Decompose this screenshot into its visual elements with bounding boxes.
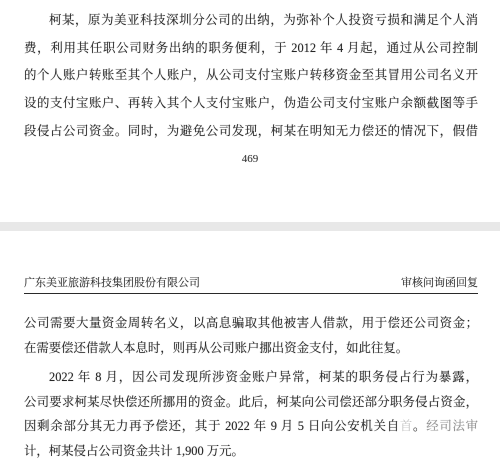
page2-paragraph-2: 2022 年 8 月，因公司发现所涉资金账户异常，柯某的职务侵占行为暴露， 公司… — [24, 365, 478, 463]
body-line: 公司需要大量资金周转名义，以高息骗取其他被害人借款，用于偿还公司资金； — [24, 311, 478, 336]
body-line: 柯某，原为美亚科技深圳分公司的出纳，为弥补个人投资亏损和满足个人消 — [24, 7, 478, 35]
body-text-segment: 。 — [413, 419, 426, 433]
document-scan-page: 柯某，原为美亚科技深圳分公司的出纳，为弥补个人投资亏损和满足个人消 费，利用其任… — [0, 0, 500, 467]
faded-scan-text: 首 — [400, 419, 413, 433]
body-line: 的个人账户转账至其个人账户，从公司支付宝账户转移资金至其冒用公司名义开 — [24, 62, 478, 90]
body-line: 公司要求柯某尽快偿还所挪用的资金。此后，柯某向公司偿还部分职务侵占资金， — [24, 390, 478, 415]
page2-paragraph-1: 公司需要大量资金周转名义，以高息骗取其他被害人借款，用于偿还公司资金； 在需要偿… — [24, 311, 478, 360]
page2-body: 公司需要大量资金周转名义，以高息骗取其他被害人借款，用于偿还公司资金； 在需要偿… — [24, 311, 478, 463]
faded-scan-text: 经司法审 — [426, 419, 478, 433]
page1-paragraph: 柯某，原为美亚科技深圳分公司的出纳，为弥补个人投资亏损和满足个人消 费，利用其任… — [24, 7, 478, 146]
page-separator-band — [0, 222, 500, 231]
page-number: 469 — [0, 153, 500, 165]
body-line: 2022 年 8 月，因公司发现所涉资金账户异常，柯某的职务侵占行为暴露， — [24, 365, 478, 390]
body-line: 在需要偿还借款人本息时，则再从公司账户挪出资金支付，如此往复。 — [24, 336, 478, 361]
body-line: 计，柯某侵占公司资金共计 1,900 万元。 — [24, 439, 478, 464]
body-line: 段侵占公司资金。同时，为避免公司发现，柯某在明知无力偿还的情况下，假借 — [24, 118, 478, 146]
header-doc-title: 审核问询函回复 — [401, 276, 478, 291]
page2-header: 广东美亚旅游科技集团股份有限公司 审核问询函回复 — [24, 276, 478, 294]
body-text-segment: 因剩余部分其无力再予偿还，其于 2022 年 9 月 5 日向公安机关自 — [24, 419, 400, 433]
header-company-name: 广东美亚旅游科技集团股份有限公司 — [24, 276, 200, 291]
body-line: 费，利用其任职公司财务出纳的职务便利，于 2012 年 4 月起，通过从公司控制 — [24, 35, 478, 63]
body-line: 设的支付宝账户、再转入其个人支付宝账户，伪造公司支付宝账户余额截图等手 — [24, 90, 478, 118]
body-line: 因剩余部分其无力再予偿还，其于 2022 年 9 月 5 日向公安机关自首。经司… — [24, 414, 478, 439]
